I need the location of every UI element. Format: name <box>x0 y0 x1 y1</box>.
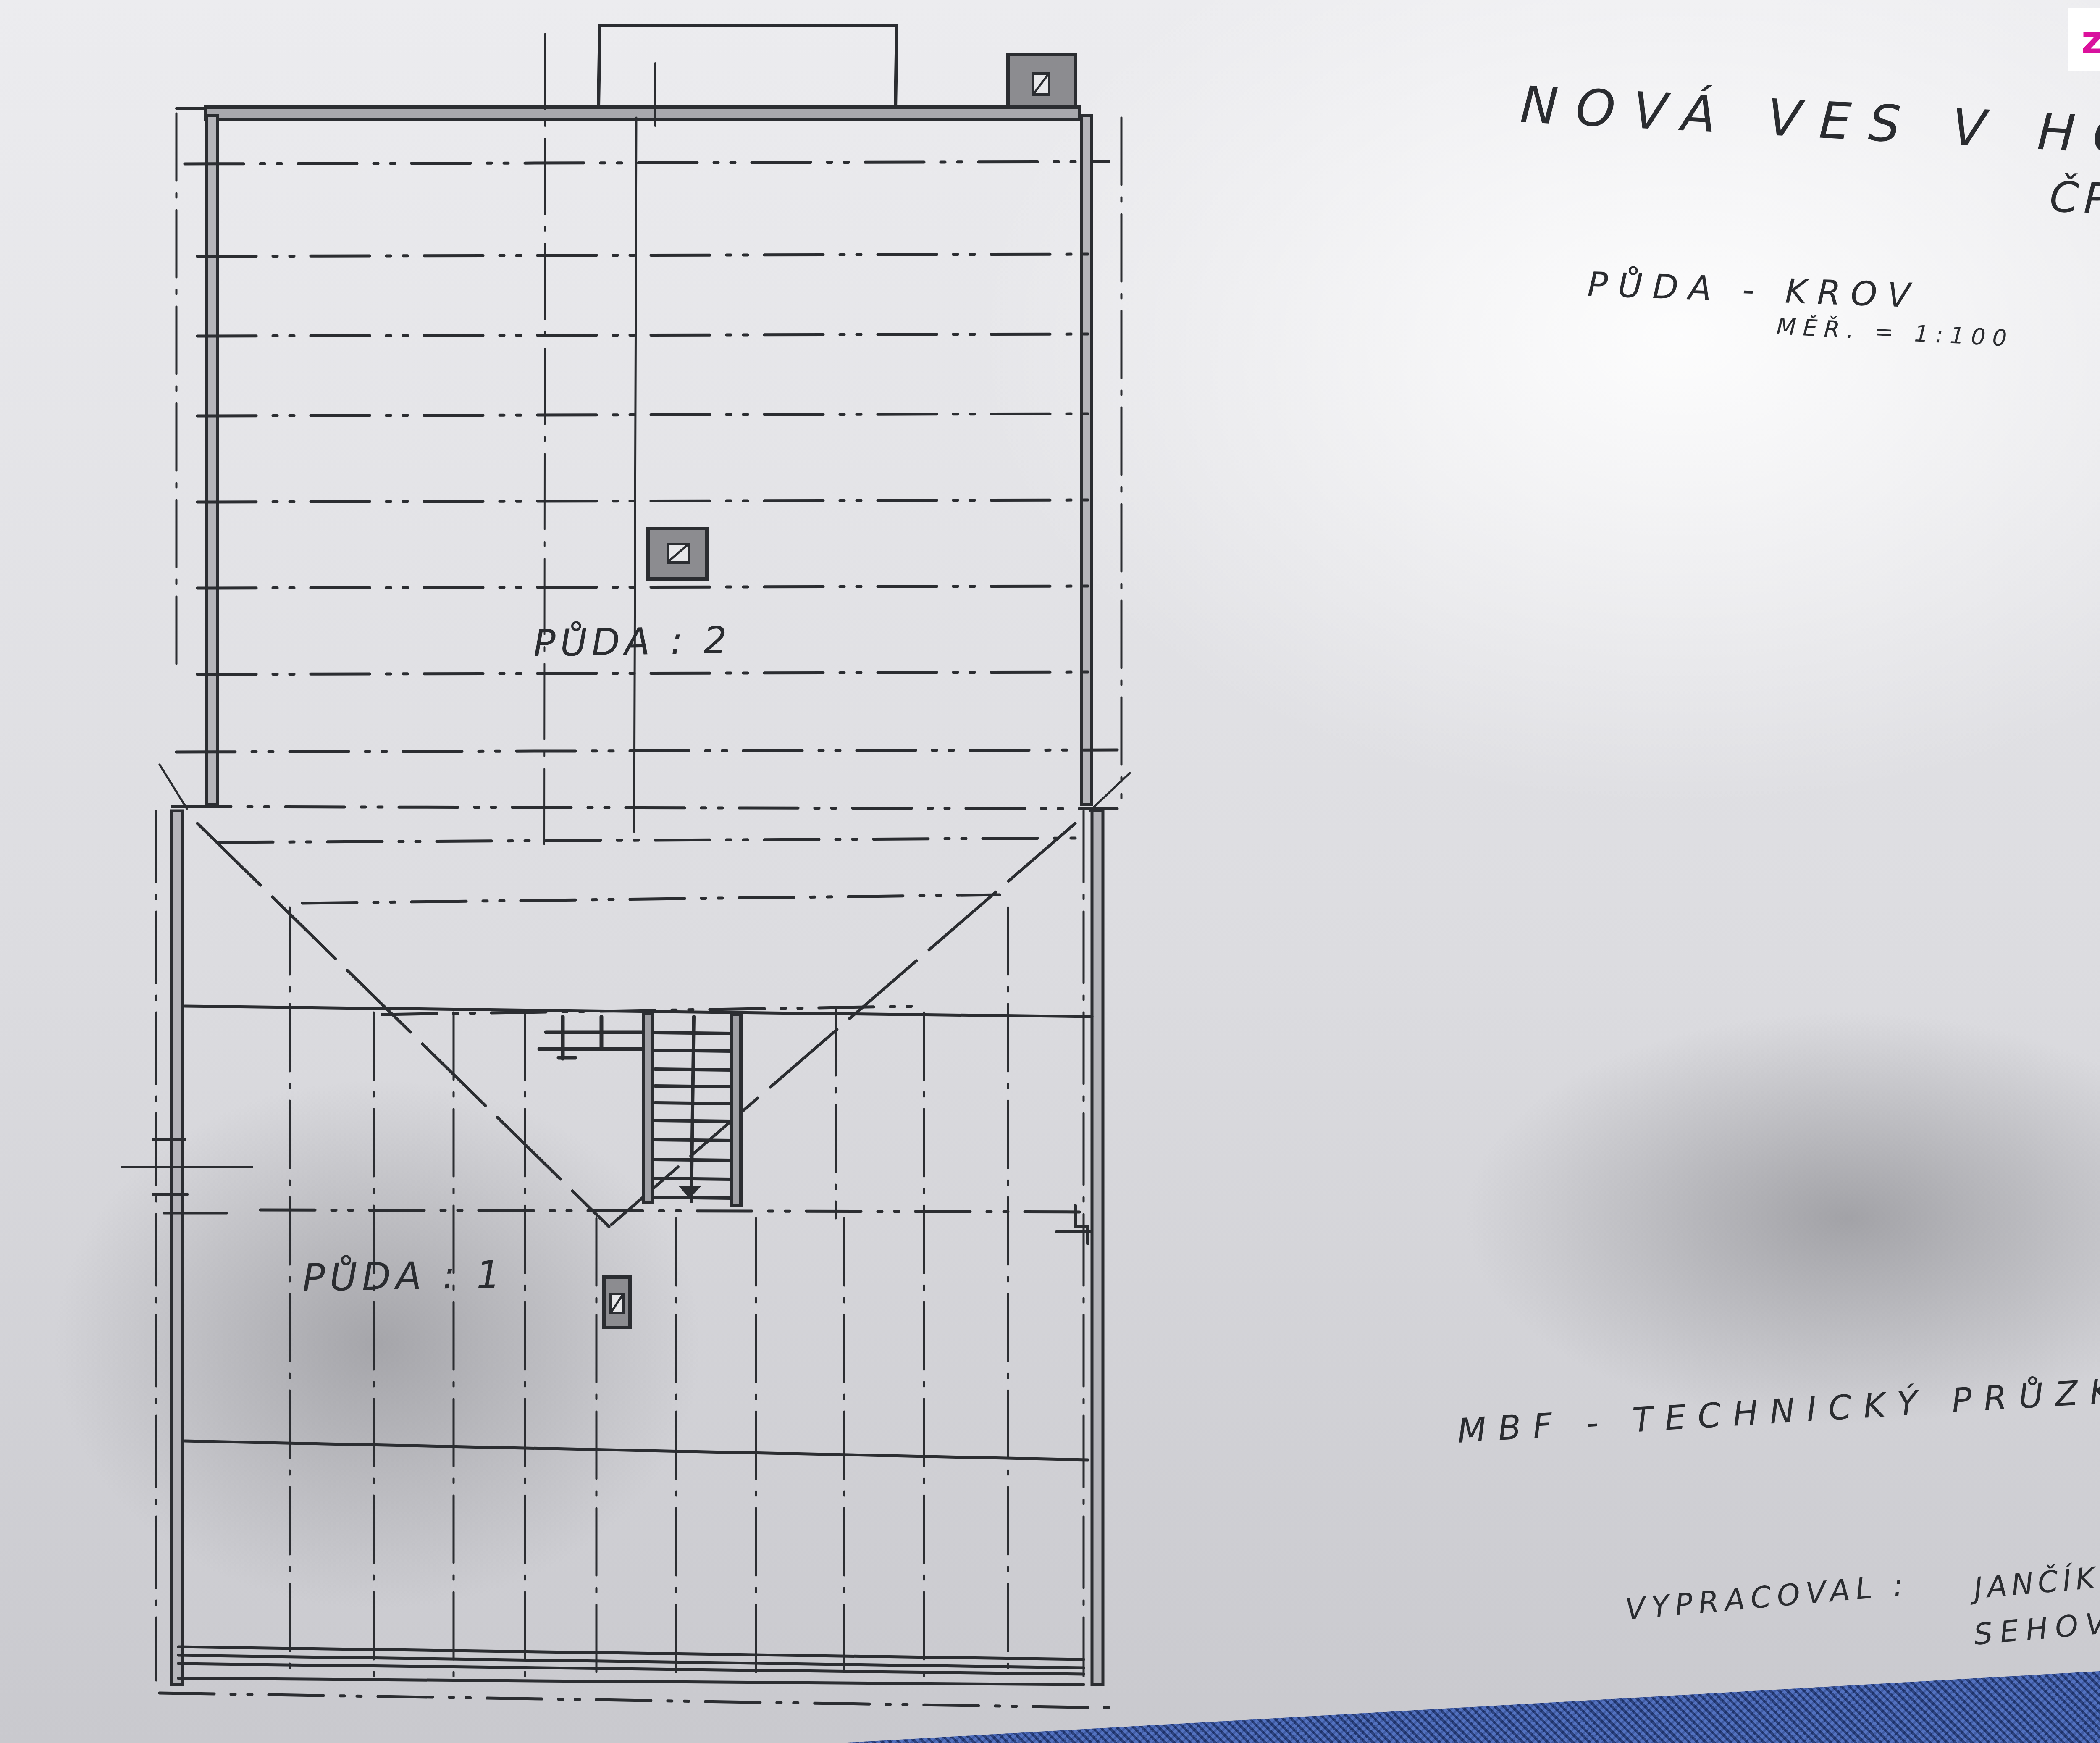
chimney-top-icon <box>1008 55 1075 109</box>
stair-direction-arrow-icon <box>680 1187 699 1197</box>
logo-text: zoo reality <box>2081 18 2100 63</box>
chimney-lower-icon <box>604 1277 630 1328</box>
zoo-reality-logo: zoo reality ® <box>2068 8 2100 71</box>
room-label-puda-2: PŮDA : 2 <box>533 618 732 665</box>
chimney-middle-icon <box>648 528 707 579</box>
house-number: ČP. 84. <box>2049 172 2100 228</box>
dormer-outline <box>598 25 897 110</box>
stair-railing <box>539 1017 643 1059</box>
room-label-puda-1: PŮDA : 1 <box>302 1253 505 1300</box>
attic-floor-plan <box>0 0 2100 1743</box>
staircase <box>643 1013 741 1206</box>
drawing-sheet: PŮDA : 2 PŮDA : 1 NOVÁ VES V HORÁCH ČP. … <box>0 0 2100 1743</box>
